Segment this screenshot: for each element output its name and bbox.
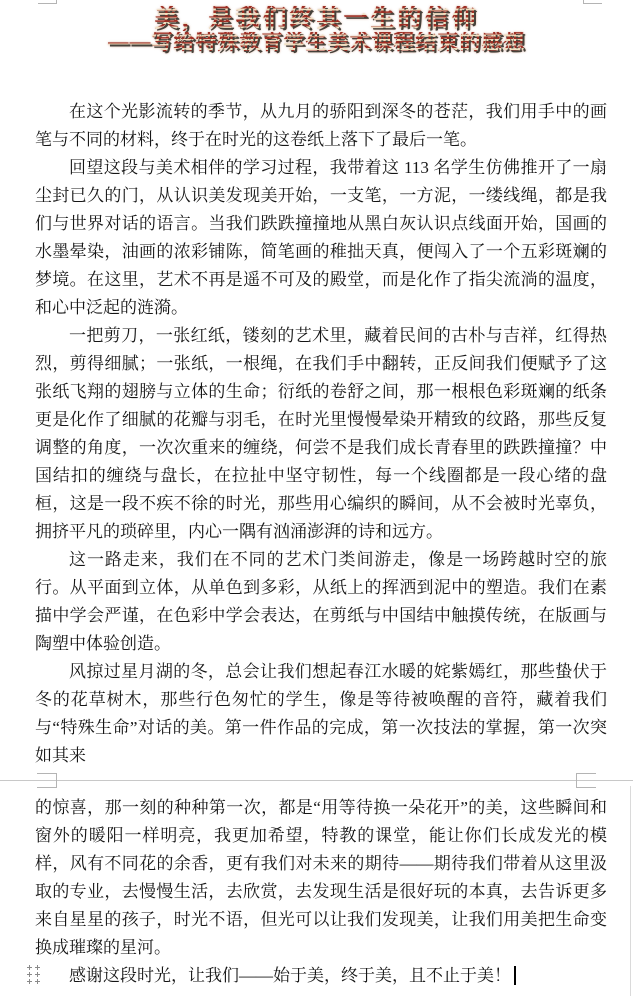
page-one: 美，是我们终其一生的信仰 ——写给特殊教育学生美术课程结束的感想 在这个光影流转… xyxy=(0,0,633,773)
paragraph-1[interactable]: 在这个光影流转的季节，从九月的骄阳到深冬的苍茫，我们用手中的画笔与不同的材料，终… xyxy=(35,98,607,154)
paragraph-4[interactable]: 这一路走来，我们在不同的艺术门类间游走，像是一场跨越时空的旅行。从平面到立体，从… xyxy=(35,546,607,658)
drag-dot xyxy=(35,965,40,970)
title-line-2: ——写给特殊教育学生美术课程结束的感想 xyxy=(108,32,526,54)
drag-dot xyxy=(27,972,32,977)
drag-dot xyxy=(35,979,40,984)
paragraph-5-continued[interactable]: 的惊喜，那一刻的种种第一次，都是“用等待换一朵花开”的美，这些瞬间和窗外的暖阳一… xyxy=(35,794,607,962)
paragraph-3[interactable]: 一把剪刀，一张红纸，镂刻的艺术里，藏着民间的古朴与吉祥，红得热烈，剪得细腻；一张… xyxy=(35,322,607,546)
text-boundary-mark-top-right xyxy=(583,0,602,4)
drag-handle-dots-icon[interactable] xyxy=(27,965,40,984)
closing-paragraph-text: 感谢这段时光，让我们——始于美，终于美，且不止于美！ xyxy=(69,966,511,985)
paragraph-5-start[interactable]: 风掠过星月湖的冬，总会让我们想起春江水暖的姹紫嫣红，那些蛰伏于冬的花草树木，那些… xyxy=(35,658,607,770)
page-two: 的惊喜，那一刻的种种第一次，都是“用等待换一朵花开”的美，这些瞬间和窗外的暖阳一… xyxy=(0,789,633,990)
closing-paragraph[interactable]: 感谢这段时光，让我们——始于美，终于美，且不止于美！ xyxy=(35,962,607,990)
text-boundary-mark-break-left xyxy=(37,773,57,788)
page-edge-line xyxy=(630,786,631,996)
text-area-page-1[interactable]: 在这个光影流转的季节，从九月的骄阳到深冬的苍茫，我们用手中的画笔与不同的材料，终… xyxy=(0,98,633,770)
text-cursor xyxy=(514,966,516,985)
drag-dot xyxy=(35,972,40,977)
document-title: 美，是我们终其一生的信仰 ——写给特殊教育学生美术课程结束的感想 xyxy=(0,0,633,54)
text-boundary-mark-break-right xyxy=(576,773,596,788)
document-page: 美，是我们终其一生的信仰 ——写给特殊教育学生美术课程结束的感想 在这个光影流转… xyxy=(0,0,633,996)
page-break-separator xyxy=(0,773,633,789)
title-line-1: 美，是我们终其一生的信仰 xyxy=(155,6,479,31)
paragraph-2[interactable]: 回望这段与美术相伴的学习过程，我带着这 113 名学生仿佛推开了一扇尘封已久的门… xyxy=(35,154,607,322)
text-area-page-2[interactable]: 的惊喜，那一刻的种种第一次，都是“用等待换一朵花开”的美，这些瞬间和窗外的暖阳一… xyxy=(0,789,633,990)
drag-dot xyxy=(27,979,32,984)
drag-dot xyxy=(27,965,32,970)
page-divider-line xyxy=(0,780,633,781)
text-boundary-mark-top-left xyxy=(38,0,57,4)
